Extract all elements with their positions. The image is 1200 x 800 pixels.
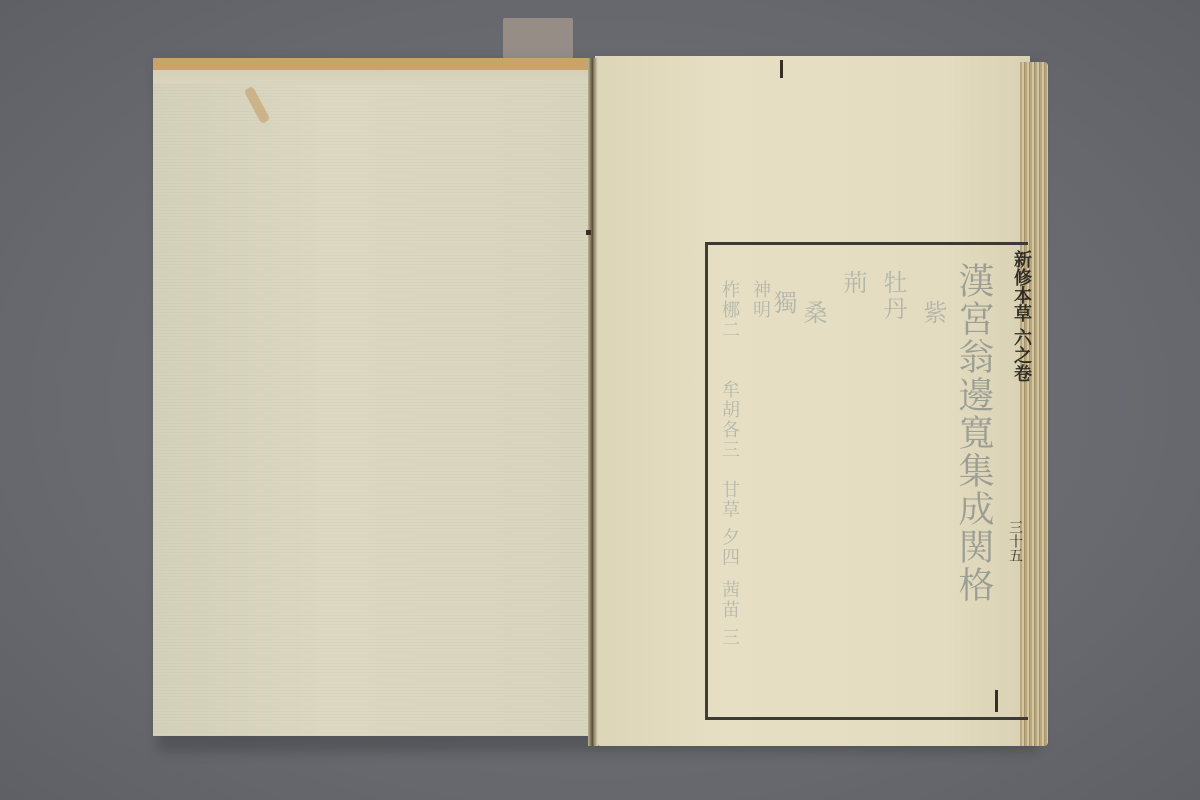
ink-mark bbox=[586, 230, 591, 235]
ink-mark bbox=[780, 60, 783, 78]
ghost-column: 荊 bbox=[838, 270, 868, 296]
ghost-column: 紫 bbox=[918, 300, 948, 326]
spine-label: 新修本草 六之卷 bbox=[1010, 250, 1032, 382]
ghost-column: 茜苗 三 bbox=[714, 580, 744, 648]
ghost-column: 神明 bbox=[745, 280, 775, 320]
spine-page-number: 三十五 bbox=[1005, 520, 1025, 562]
title-column-text: 漢宮翁邊寬集成関格 bbox=[958, 262, 988, 604]
ghost-column: 牡丹 bbox=[878, 270, 908, 322]
ghost-column: 甘草 夕四 bbox=[714, 480, 744, 568]
ghost-column: 柞梛二 bbox=[714, 280, 744, 340]
book-gutter bbox=[588, 58, 598, 746]
ghost-column: 桑 bbox=[798, 300, 828, 326]
ghost-column: 牟胡各三 bbox=[714, 380, 744, 460]
ink-mark bbox=[995, 690, 998, 712]
left-page-blank bbox=[153, 58, 593, 736]
left-page-frayed-edge bbox=[153, 70, 593, 84]
